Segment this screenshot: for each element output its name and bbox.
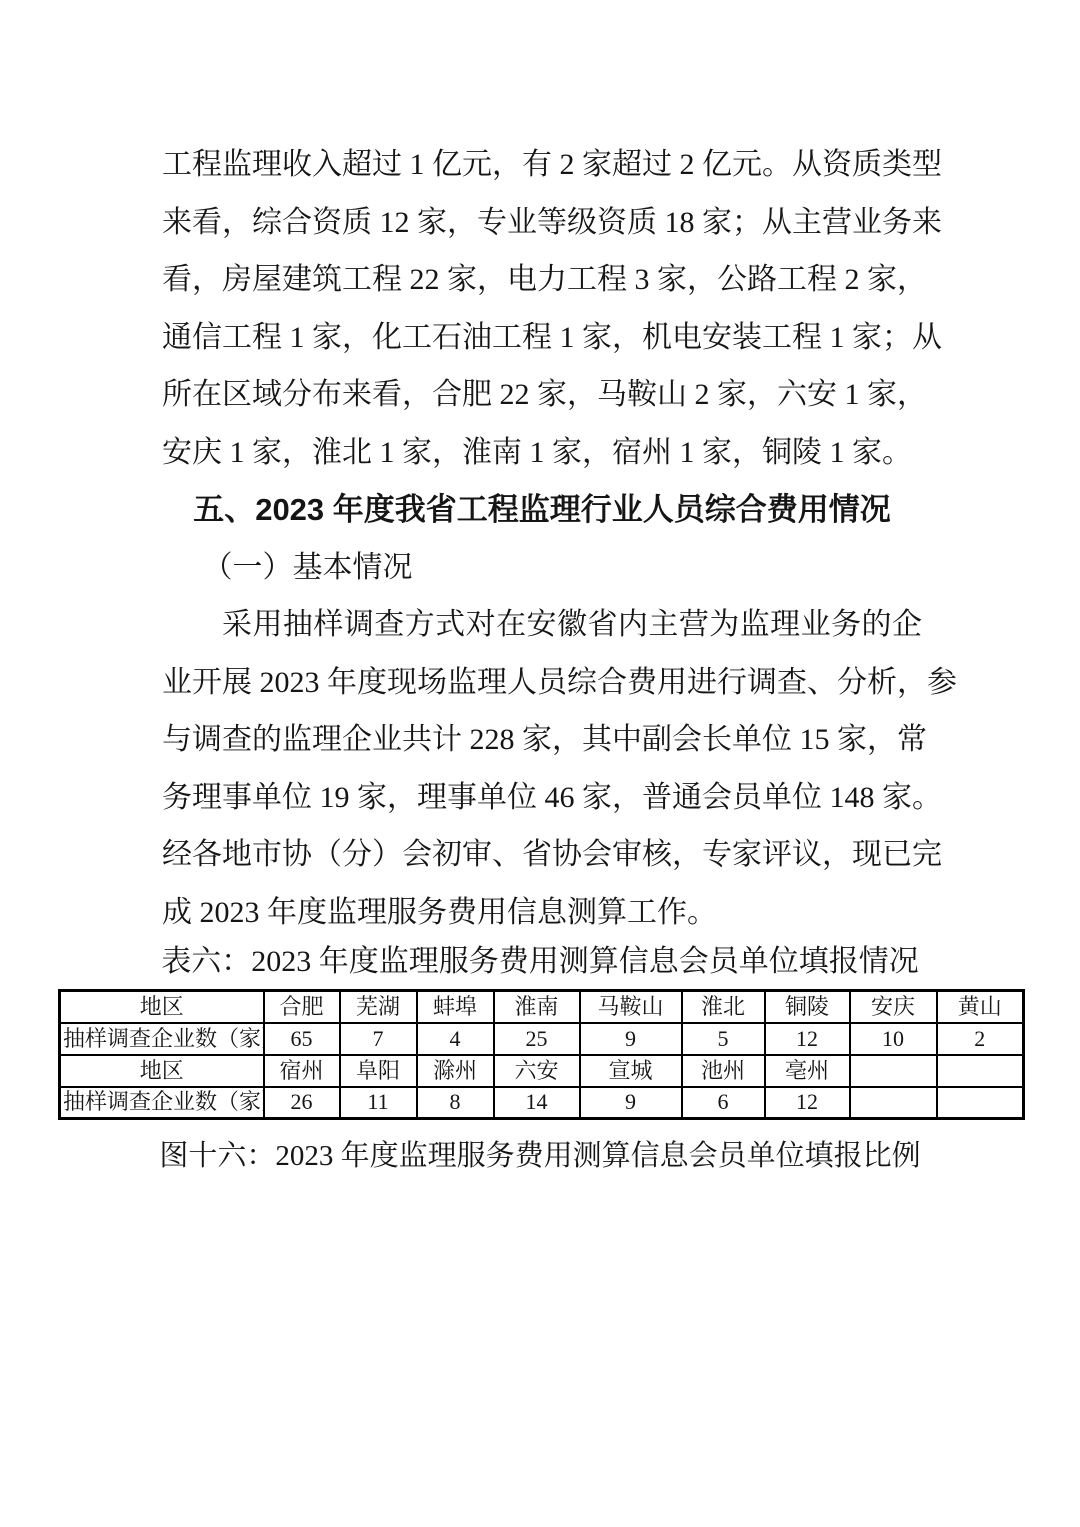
body-line: 工程监理收入超过 1 亿元，有 2 家超过 2 亿元。从资质类型 xyxy=(162,136,922,194)
body-line: 通信工程 1 家，化工石油工程 1 家，机电安装工程 1 家；从 xyxy=(162,309,922,367)
table-cell: 安庆 xyxy=(850,991,937,1023)
table-cell: 65 xyxy=(264,1023,340,1055)
table-row: 地区 合肥 芜湖 蚌埠 淮南 马鞍山 淮北 铜陵 安庆 黄山 xyxy=(60,991,1024,1023)
figure-caption: 图十六：2023 年度监理服务费用测算信息会员单位填报比例 xyxy=(0,1136,1080,1176)
table-cell: 25 xyxy=(494,1023,580,1055)
table-cell: 抽样调查企业数（家） xyxy=(60,1023,264,1055)
table-cell: 6 xyxy=(682,1087,765,1119)
table-cell: 12 xyxy=(765,1023,850,1055)
body-line: 看，房屋建筑工程 22 家，电力工程 3 家，公路工程 2 家， xyxy=(162,251,922,309)
table-cell: 10 xyxy=(850,1023,937,1055)
table-cell: 7 xyxy=(340,1023,417,1055)
body-line: 来看，综合资质 12 家，专业等级资质 18 家；从主营业务来 xyxy=(162,194,922,252)
table-cell: 12 xyxy=(765,1087,850,1119)
table-cell: 淮南 xyxy=(494,991,580,1023)
table-cell: 池州 xyxy=(682,1055,765,1087)
table-cell: 六安 xyxy=(494,1055,580,1087)
text-column: 工程监理收入超过 1 亿元，有 2 家超过 2 亿元。从资质类型 来看，综合资质… xyxy=(162,0,922,941)
table-cell: 地区 xyxy=(60,1055,264,1087)
table-cell: 11 xyxy=(340,1087,417,1119)
table-cell: 9 xyxy=(580,1023,682,1055)
table-cell: 4 xyxy=(417,1023,494,1055)
subsection-heading: （一）基本情况 xyxy=(162,539,922,597)
table-cell: 宿州 xyxy=(264,1055,340,1087)
body-line: 成 2023 年度监理服务费用信息测算工作。 xyxy=(162,884,922,942)
table-cell: 9 xyxy=(580,1087,682,1119)
table-cell: 8 xyxy=(417,1087,494,1119)
table-cell xyxy=(850,1055,937,1087)
body-line: 安庆 1 家，淮北 1 家，淮南 1 家，宿州 1 家，铜陵 1 家。 xyxy=(162,424,922,482)
table-cell: 黄山 xyxy=(937,991,1024,1023)
table-cell: 宣城 xyxy=(580,1055,682,1087)
section-heading: 五、2023 年度我省工程监理行业人员综合费用情况 xyxy=(162,481,922,539)
body-line: 与调查的监理企业共计 228 家，其中副会长单位 15 家，常 xyxy=(162,711,922,769)
table-row: 抽样调查企业数（家） 65 7 4 25 9 5 12 10 2 xyxy=(60,1023,1024,1055)
table-cell: 阜阳 xyxy=(340,1055,417,1087)
table-cell: 2 xyxy=(937,1023,1024,1055)
document-page: 工程监理收入超过 1 亿元，有 2 家超过 2 亿元。从资质类型 来看，综合资质… xyxy=(0,0,1080,1527)
table-cell: 合肥 xyxy=(264,991,340,1023)
survey-table: 地区 合肥 芜湖 蚌埠 淮南 马鞍山 淮北 铜陵 安庆 黄山 抽样调查企业数（家… xyxy=(58,989,1025,1120)
table-cell xyxy=(937,1055,1024,1087)
table-row: 地区 宿州 阜阳 滁州 六安 宣城 池州 亳州 xyxy=(60,1055,1024,1087)
body-line: 经各地市协（分）会初审、省协会审核，专家评议，现已完 xyxy=(162,826,922,884)
table-cell: 亳州 xyxy=(765,1055,850,1087)
table-cell xyxy=(937,1087,1024,1119)
body-line: 务理事单位 19 家，理事单位 46 家，普通会员单位 148 家。 xyxy=(162,769,922,827)
table-cell: 蚌埠 xyxy=(417,991,494,1023)
table-cell: 抽样调查企业数（家） xyxy=(60,1087,264,1119)
table-row: 抽样调查企业数（家） 26 11 8 14 9 6 12 xyxy=(60,1087,1024,1119)
table-cell: 14 xyxy=(494,1087,580,1119)
table-cell: 滁州 xyxy=(417,1055,494,1087)
table-cell: 马鞍山 xyxy=(580,991,682,1023)
table-caption: 表六：2023 年度监理服务费用测算信息会员单位填报情况 xyxy=(0,942,1080,982)
table-cell: 26 xyxy=(264,1087,340,1119)
table-cell: 地区 xyxy=(60,991,264,1023)
body-line: 所在区域分布来看，合肥 22 家，马鞍山 2 家，六安 1 家， xyxy=(162,366,922,424)
table-cell: 淮北 xyxy=(682,991,765,1023)
table-cell xyxy=(850,1087,937,1119)
body-line: 业开展 2023 年度现场监理人员综合费用进行调查、分析，参 xyxy=(162,654,922,712)
table-cell: 5 xyxy=(682,1023,765,1055)
table-cell: 芜湖 xyxy=(340,991,417,1023)
body-line: 采用抽样调查方式对在安徽省内主营为监理业务的企 xyxy=(162,596,922,654)
table-cell: 铜陵 xyxy=(765,991,850,1023)
